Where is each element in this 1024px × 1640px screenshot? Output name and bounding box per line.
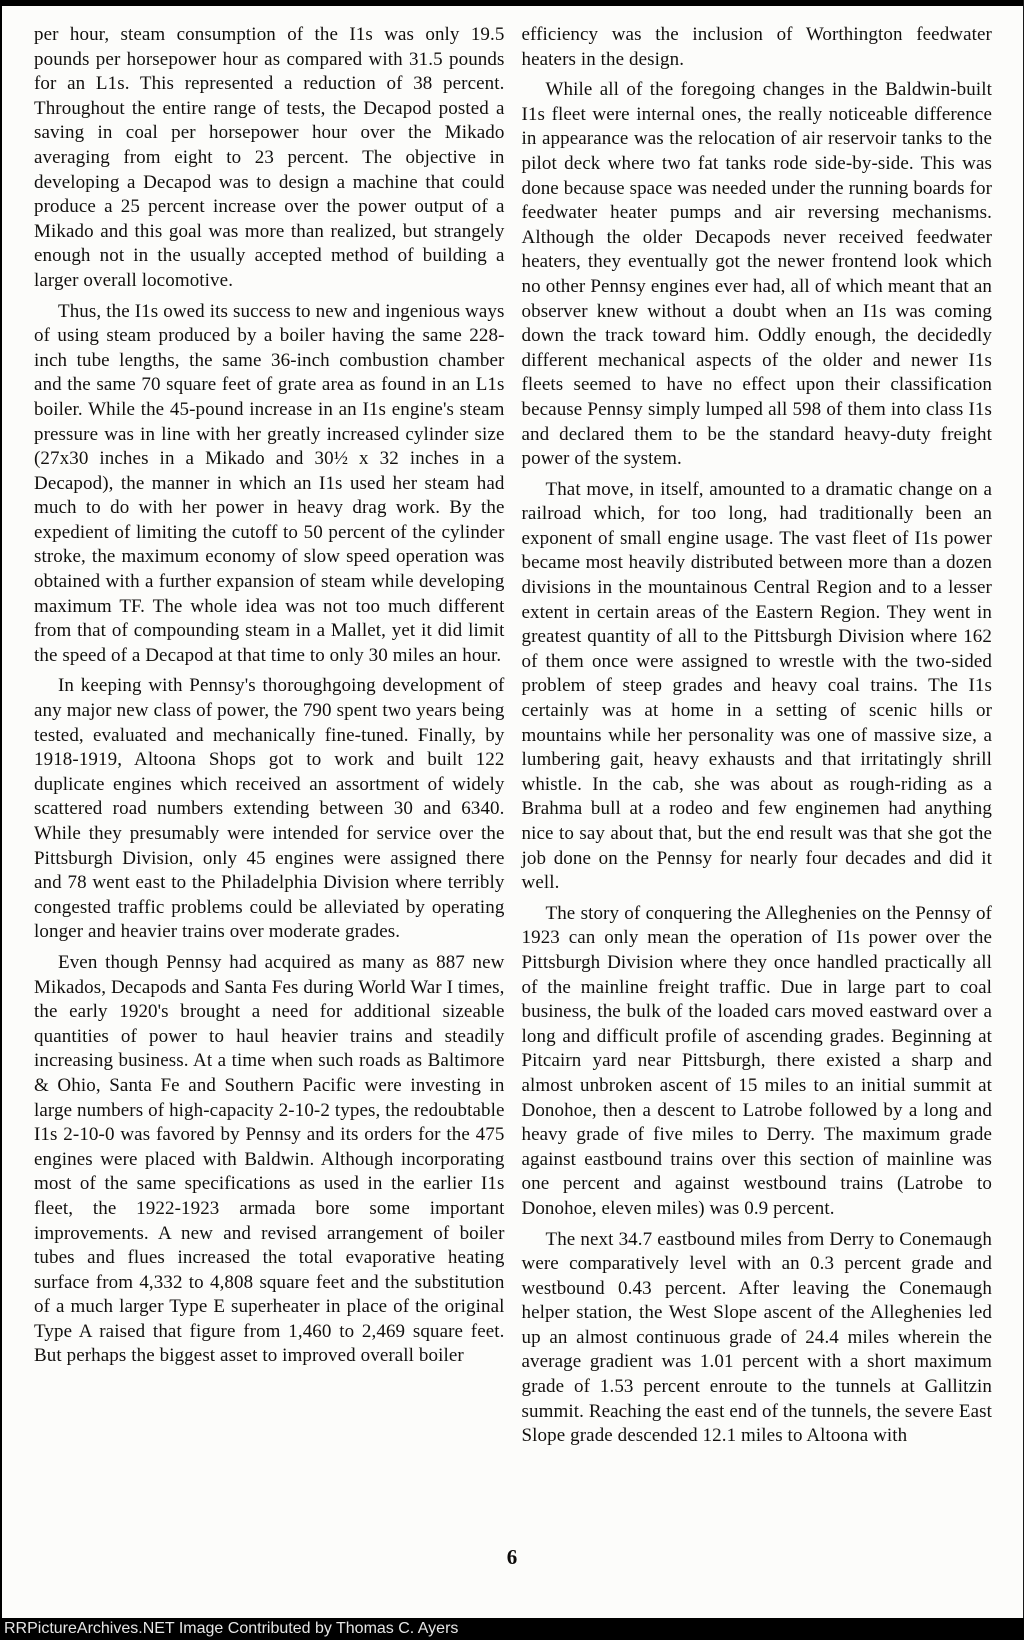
- page-top-edge-rule: [0, 0, 1024, 6]
- paragraph: In keeping with Pennsy's thoroughgoing d…: [34, 674, 505, 945]
- left-column: per hour, steam consumption of the I1s w…: [34, 23, 505, 1449]
- page-number: 6: [0, 1545, 1024, 1570]
- paragraph: Thus, the I1s owed its success to new an…: [34, 300, 505, 669]
- paragraph: The next 34.7 eastbound miles from Derry…: [522, 1228, 993, 1449]
- paragraph: Even though Pennsy had acquired as many …: [34, 951, 505, 1369]
- scanned-book-page: per hour, steam consumption of the I1s w…: [0, 0, 1024, 1640]
- page-left-edge-rule: [0, 0, 2, 1640]
- paragraph: per hour, steam consumption of the I1s w…: [34, 23, 505, 294]
- credit-bar: RRPictureArchives.NET Image Contributed …: [0, 1618, 1024, 1640]
- paragraph: efficiency was the inclusion of Worthing…: [522, 23, 993, 72]
- two-column-body-text: per hour, steam consumption of the I1s w…: [34, 23, 992, 1449]
- paragraph: That move, in itself, amounted to a dram…: [522, 478, 993, 896]
- right-column: efficiency was the inclusion of Worthing…: [522, 23, 993, 1449]
- paragraph: While all of the foregoing changes in th…: [522, 78, 993, 472]
- paragraph: The story of conquering the Alleghenies …: [522, 902, 993, 1222]
- credit-text: RRPictureArchives.NET Image Contributed …: [0, 1620, 458, 1638]
